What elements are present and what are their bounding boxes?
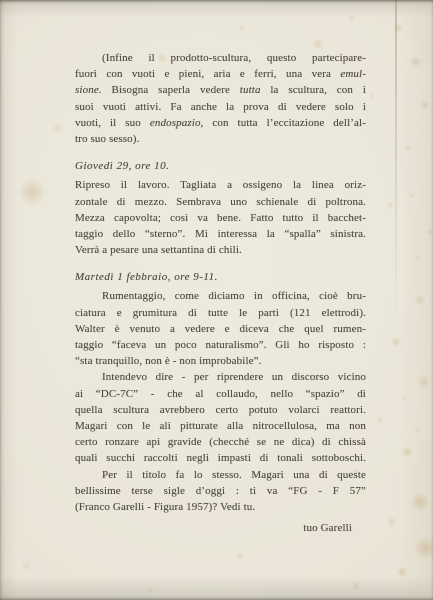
text-line: Martedì 1 febbraio, ore 9-11. xyxy=(75,269,366,285)
text-line: quali succhi raccolti negli impasti di t… xyxy=(75,450,366,466)
text-segment: con tutta l’eccitazione dell’al- xyxy=(203,117,366,129)
text-line: bellissime terse sigle d’oggi : ti va “F… xyxy=(75,483,366,499)
text-line: fuori con vuoti e pieni, aria e ferri, u… xyxy=(75,66,366,82)
text-line: “sta tranquillo, non è - non improbabile… xyxy=(75,353,366,369)
text-line: quella scultura avrebbero certo potuto v… xyxy=(75,402,366,418)
text-segment: quali succhi raccolti negli impasti di t… xyxy=(75,452,366,464)
text-segment: Per il titolo fa lo stesso. Magari una d… xyxy=(102,469,366,481)
text-line: vuoti, il suo endospazio, con tutta l’ec… xyxy=(75,115,366,131)
text-line: Magari con le ali pitturate alla nitroce… xyxy=(75,418,366,434)
text-segment: taggio dello “sterno”. Mi interessa la “… xyxy=(75,228,366,240)
text-segment: tro suo sesso). xyxy=(75,133,139,145)
scanned-book-page: (Infine il prodotto-scultura, questo par… xyxy=(0,0,433,600)
text-segment: Verrà a pesare una settantina di chili. xyxy=(75,244,242,256)
text-segment: sione. xyxy=(75,84,102,96)
text-segment: quella scultura avrebbero certo potuto v… xyxy=(75,404,366,416)
text-line: sione. Bisogna saperla vedere tutta la s… xyxy=(75,82,366,98)
text-line: tuo Garelli xyxy=(75,520,366,536)
text-segment: tuo Garelli xyxy=(303,522,352,534)
text-line: Rumentaggio, come diciamo in officina, c… xyxy=(75,288,366,304)
text-segment: ciatura e grumitura di tutte le parti (1… xyxy=(75,307,366,319)
text-line: (Infine il prodotto-scultura, questo par… xyxy=(75,50,366,66)
text-segment: Giovedì 29, ore 10. xyxy=(75,160,169,172)
text-segment: vuoti, il suo xyxy=(75,117,150,129)
text-segment: (Infine il prodotto-scultura, questo par… xyxy=(102,52,366,64)
text-line: Walter è venuto a vedere e diceva che qu… xyxy=(75,321,366,337)
text-line: Mezza capovolta; così va bene. Fatto tut… xyxy=(75,210,366,226)
text-line: tro suo sesso). xyxy=(75,131,366,147)
text-line: taggio “faceva un poco naturalismo”. Gli… xyxy=(75,337,366,353)
text-segment: fuori con vuoti e pieni, aria e ferri, u… xyxy=(75,68,340,80)
diary-entry-heading: Giovedì 29, ore 10. xyxy=(75,158,366,174)
diary-entry-heading: Martedì 1 febbraio, ore 9-11. xyxy=(75,269,366,285)
text-segment: Rumentaggio, come diciamo in officina, c… xyxy=(102,290,366,302)
text-line: (Franco Garelli - Figura 1957)? Vedi tu. xyxy=(75,499,366,515)
text-segment: zontale di mezzo. Sembrava uno schienale… xyxy=(75,196,366,208)
text-segment: Mezza capovolta; così va bene. Fatto tut… xyxy=(75,212,366,224)
text-segment: Walter è venuto a vedere e diceva che qu… xyxy=(75,323,366,335)
text-segment: Martedì 1 febbraio, ore 9-11. xyxy=(75,271,218,283)
text-line: Giovedì 29, ore 10. xyxy=(75,158,366,174)
text-segment: (Franco Garelli - Figura 1957)? Vedi tu. xyxy=(75,501,255,513)
paragraph: Ripreso il lavoro. Tagliata a ossigeno l… xyxy=(75,177,366,258)
paragraph: (Infine il prodotto-scultura, questo par… xyxy=(75,50,366,147)
text-line: Ripreso il lavoro. Tagliata a ossigeno l… xyxy=(75,177,366,193)
paragraph: Rumentaggio, come diciamo in officina, c… xyxy=(75,288,366,369)
text-line: Verrà a pesare una settantina di chili. xyxy=(75,242,366,258)
text-line: Intendevo dire - per riprendere un disco… xyxy=(75,369,366,385)
text-segment: “sta tranquillo, non è - non improbabile… xyxy=(75,355,262,367)
text-line: zontale di mezzo. Sembrava uno schienale… xyxy=(75,194,366,210)
text-line: taggio dello “sterno”. Mi interessa la “… xyxy=(75,226,366,242)
text-segment: suoi vuoti attivi. Fa anche la prova di … xyxy=(75,101,366,113)
signature-line: tuo Garelli xyxy=(75,520,366,536)
text-segment: emul- xyxy=(340,68,366,80)
text-line: suoi vuoti attivi. Fa anche la prova di … xyxy=(75,99,366,115)
text-segment: taggio “faceva un poco naturalismo”. Gli… xyxy=(75,339,366,351)
text-segment: bellissime terse sigle d’oggi : ti va “F… xyxy=(75,485,366,497)
text-segment: endospazio, xyxy=(150,117,204,129)
text-line: ciatura e grumitura di tutte le parti (1… xyxy=(75,305,366,321)
text-block: (Infine il prodotto-scultura, questo par… xyxy=(75,50,366,536)
paragraph: Intendevo dire - per riprendere un disco… xyxy=(75,369,366,466)
paragraph: Per il titolo fa lo stesso. Magari una d… xyxy=(75,467,366,516)
text-segment: certo ronzare api gravide (checché se ne… xyxy=(75,436,366,448)
text-line: ai “DC-7C” - che al collaudo, nello “spa… xyxy=(75,386,366,402)
text-line: Per il titolo fa lo stesso. Magari una d… xyxy=(75,467,366,483)
page-crease xyxy=(395,0,397,330)
text-line: certo ronzare api gravide (checché se ne… xyxy=(75,434,366,450)
text-segment: Ripreso il lavoro. Tagliata a ossigeno l… xyxy=(75,179,366,191)
text-segment: ai “DC-7C” - che al collaudo, nello “spa… xyxy=(75,388,366,400)
text-segment: Magari con le ali pitturate alla nitroce… xyxy=(75,420,366,432)
text-segment: Intendevo dire - per riprendere un disco… xyxy=(102,371,366,383)
text-segment: la scultura, con i xyxy=(261,84,366,96)
text-segment: tutta xyxy=(240,84,261,96)
text-segment: Bisogna saperla vedere xyxy=(102,84,240,96)
